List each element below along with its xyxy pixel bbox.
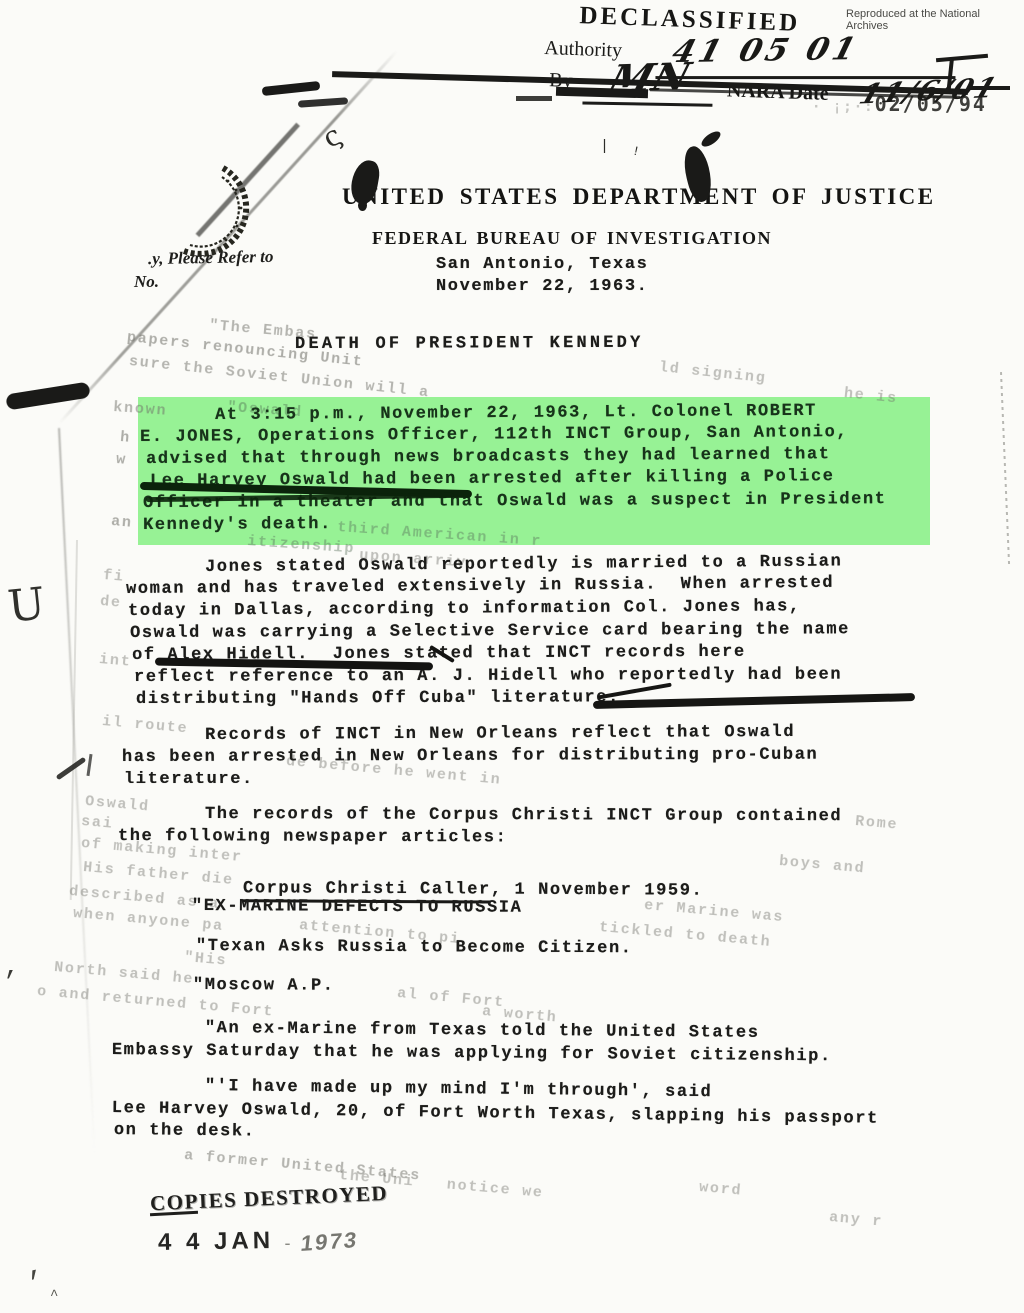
- ghost-text: ld signing: [658, 358, 767, 388]
- p2-line7: distributing "Hands Off Cuba" literature…: [136, 687, 620, 711]
- fbi-seal-partial: [148, 156, 252, 260]
- ghost-text: il route: [101, 712, 189, 738]
- stamp-right-dash2: [968, 86, 1010, 90]
- p3-line3: literature.: [124, 769, 254, 791]
- ghost-text: any r: [828, 1208, 883, 1232]
- ink-blot-united-drip: [358, 200, 367, 211]
- p3-line2: has been arrested in New Orleans for dis…: [122, 745, 818, 769]
- ghost-text: w: [115, 450, 127, 470]
- date-stamp-day: 4 4 JAN: [158, 1227, 275, 1257]
- ghost-text: de: [99, 592, 122, 613]
- date-stamp-dash: -: [279, 1233, 297, 1253]
- corner-caret-mark: ^: [50, 1288, 58, 1304]
- ink-fleck-tick: |: [600, 138, 609, 155]
- margin-smear2: [298, 97, 348, 107]
- p2-line3: today in Dallas, according to informatio…: [128, 596, 801, 623]
- p2-line6: reflect reference to an A. J. Hidell who…: [134, 665, 842, 689]
- article-headline-2: "Texan Asks Russia to Become Citizen.: [196, 936, 633, 960]
- date-stamp-year: 1973: [299, 1227, 359, 1257]
- declassified-authority-value: 41 05 01: [668, 31, 863, 70]
- refer-note-line2: No.: [134, 272, 159, 292]
- date-received-stamp: 4 4 JAN - 1973: [158, 1228, 358, 1256]
- margin-smear1: [262, 81, 321, 96]
- ghost-text: known: [113, 398, 168, 421]
- ink-blot-justice-curl: [699, 129, 723, 150]
- quote2-line3: on the desk.: [114, 1120, 256, 1143]
- left-edge-blob: [5, 382, 90, 411]
- ink-scribble-cuba: [593, 693, 915, 709]
- ghost-text: an: [110, 512, 133, 533]
- article-source-date: , 1 November 1959.: [491, 881, 704, 901]
- ghost-text: int: [98, 650, 132, 672]
- article-headline-1: "EX-MARINE DEFECTS TO RUSSIA: [192, 896, 523, 920]
- p3-line1: Records of INCT in New Orleans reflect t…: [205, 722, 795, 747]
- refer-note-line1: .y, Please Refer to: [148, 247, 274, 269]
- p1-line5: Officer in a theater and that Oswald was…: [143, 489, 887, 515]
- ghost-text: word: [698, 1178, 743, 1201]
- scanned-document-page: Reproduced at the National Archives · ¡;…: [0, 0, 1024, 1313]
- dept-heading: UNITED STATES DEPARTMENT OF JUSTICE: [342, 184, 936, 210]
- ink-fleck-bang: !: [631, 143, 642, 159]
- ghost-text: boys and: [778, 852, 866, 878]
- letterhead-city: San Antonio, Texas: [436, 254, 648, 276]
- p1-line6: Kennedy's death.: [143, 514, 332, 537]
- letterhead-date: November 22, 1963.: [436, 276, 648, 298]
- by-underline: [582, 101, 712, 106]
- document-title: DEATH OF PRESIDENT KENNEDY: [295, 333, 644, 356]
- p4-line2: the following newspaper articles:: [118, 826, 508, 849]
- declassified-stamp: DECLASSIFIED Authority 41 05 01 By MN NA…: [514, 0, 987, 118]
- left-margin-comma: ,: [4, 952, 20, 982]
- left-margin-tick: [86, 754, 92, 776]
- bureau-heading: FEDERAL BUREAU OF INVESTIGATION: [372, 228, 772, 249]
- handwritten-u-mark: U: [5, 578, 47, 633]
- left-margin-dash: [56, 757, 87, 781]
- ghost-text: Rome: [854, 812, 899, 835]
- declassified-authority-label: Authority: [544, 37, 623, 63]
- right-crease: [1000, 372, 1010, 566]
- ghost-text: h: [119, 428, 131, 448]
- ghost-text: sai: [80, 812, 114, 834]
- article-headline-3: "Moscow A.P.: [193, 975, 335, 998]
- p4-line1: The records of the Corpus Christi INCT G…: [205, 804, 842, 828]
- ghost-text: fi: [102, 566, 125, 587]
- stamp-left-dash: [516, 96, 552, 101]
- corner-comma-mark: ,: [23, 1251, 46, 1285]
